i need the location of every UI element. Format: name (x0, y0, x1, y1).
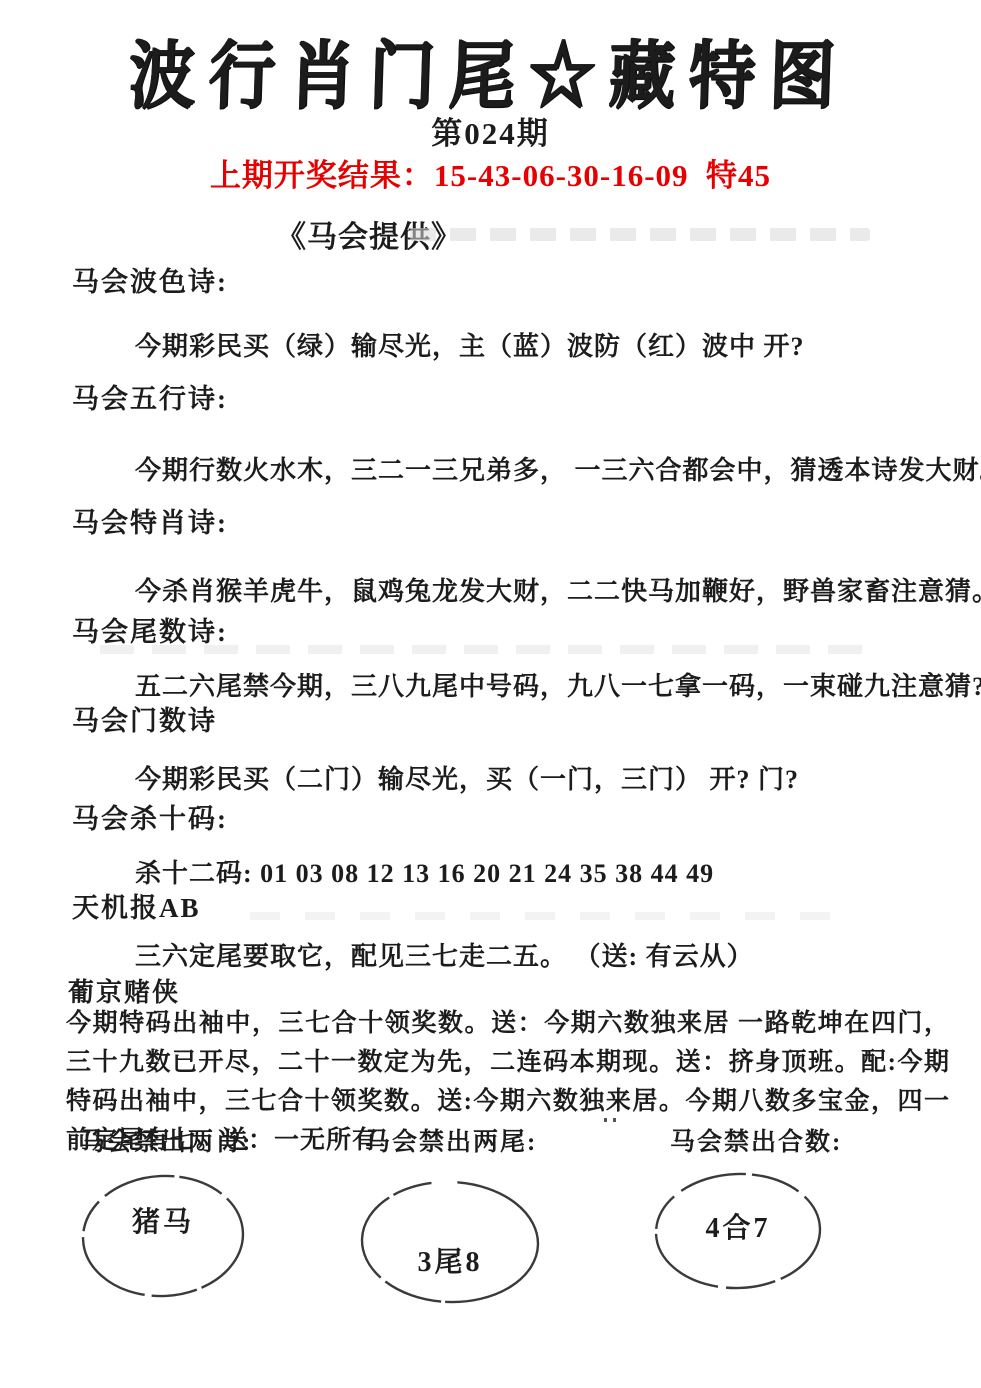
section-poem-bose: 今期彩民买（绿）输尽光，主（蓝）波防（红）波中 开? (135, 326, 805, 363)
page-title: 波行肖门尾☆藏特图 (0, 16, 981, 122)
section-heading-tianjibao: 天机报AB (72, 886, 201, 925)
section-heading-bose: 马会波色诗: (72, 260, 228, 299)
section-poem-weishu: 五二六尾禁今期，三八九尾中号码，九八一七拿一码，一束碰九注意猜? (135, 666, 981, 703)
forbidden-label-zodiac: 马会禁出两肖: (80, 1122, 252, 1158)
forbidden-ellipse-zodiac: 猪马 (78, 1172, 248, 1300)
section-heading-texiao: 马会特肖诗: (72, 501, 228, 540)
section-poem-menshu: 今期彩民买（二门）输尽光，买（一门，三门） 开? 门? (135, 759, 799, 796)
forbidden-label-sum: 马会禁出合数: (670, 1122, 842, 1158)
section-heading-menshu: 马会门数诗 (72, 699, 217, 738)
scan-speck (604, 1118, 620, 1122)
section-poem-shashima: 杀十二码: 01 03 08 12 13 16 20 21 24 35 38 4… (135, 853, 714, 890)
section-poem-wuxing: 今期行数火水木，三二一三兄弟多， 一三六合都会中，猜透本诗发大财。 解（?） (135, 450, 981, 487)
lottery-tips-sheet: 波行肖门尾☆藏特图 第024期 上期开奖结果：15-43-06-30-16-09… (0, 0, 981, 1388)
issue-number: 第024期 (0, 108, 981, 153)
scan-smudge (100, 645, 880, 654)
section-poem-texiao: 今杀肖猴羊虎牛，鼠鸡兔龙发大财，二二快马加鞭好，野兽家畜注意猜。 开? (135, 571, 981, 608)
forbidden-label-tail: 马会禁出两尾: (365, 1122, 537, 1158)
forbidden-value-sum: 4合7 (652, 1206, 824, 1246)
section-heading-wuxing: 马会五行诗: (72, 377, 228, 416)
scan-smudge (410, 228, 870, 241)
last-draw-result: 上期开奖结果：15-43-06-30-16-09 特45 (0, 150, 981, 195)
forbidden-ellipse-tail: 3尾8 (358, 1178, 542, 1310)
section-heading-shashima: 马会杀十码: (72, 797, 228, 836)
forbidden-value-tail: 3尾8 (358, 1240, 542, 1280)
forbidden-value-zodiac: 猪马 (78, 1200, 248, 1240)
scan-smudge (250, 912, 850, 920)
section-heading-weishu: 马会尾数诗: (72, 610, 228, 649)
section-poem-tianjibao: 三六定尾要取它，配见三七走二五。 （送: 有云从） (135, 936, 754, 973)
forbidden-ellipse-sum: 4合7 (652, 1170, 824, 1292)
